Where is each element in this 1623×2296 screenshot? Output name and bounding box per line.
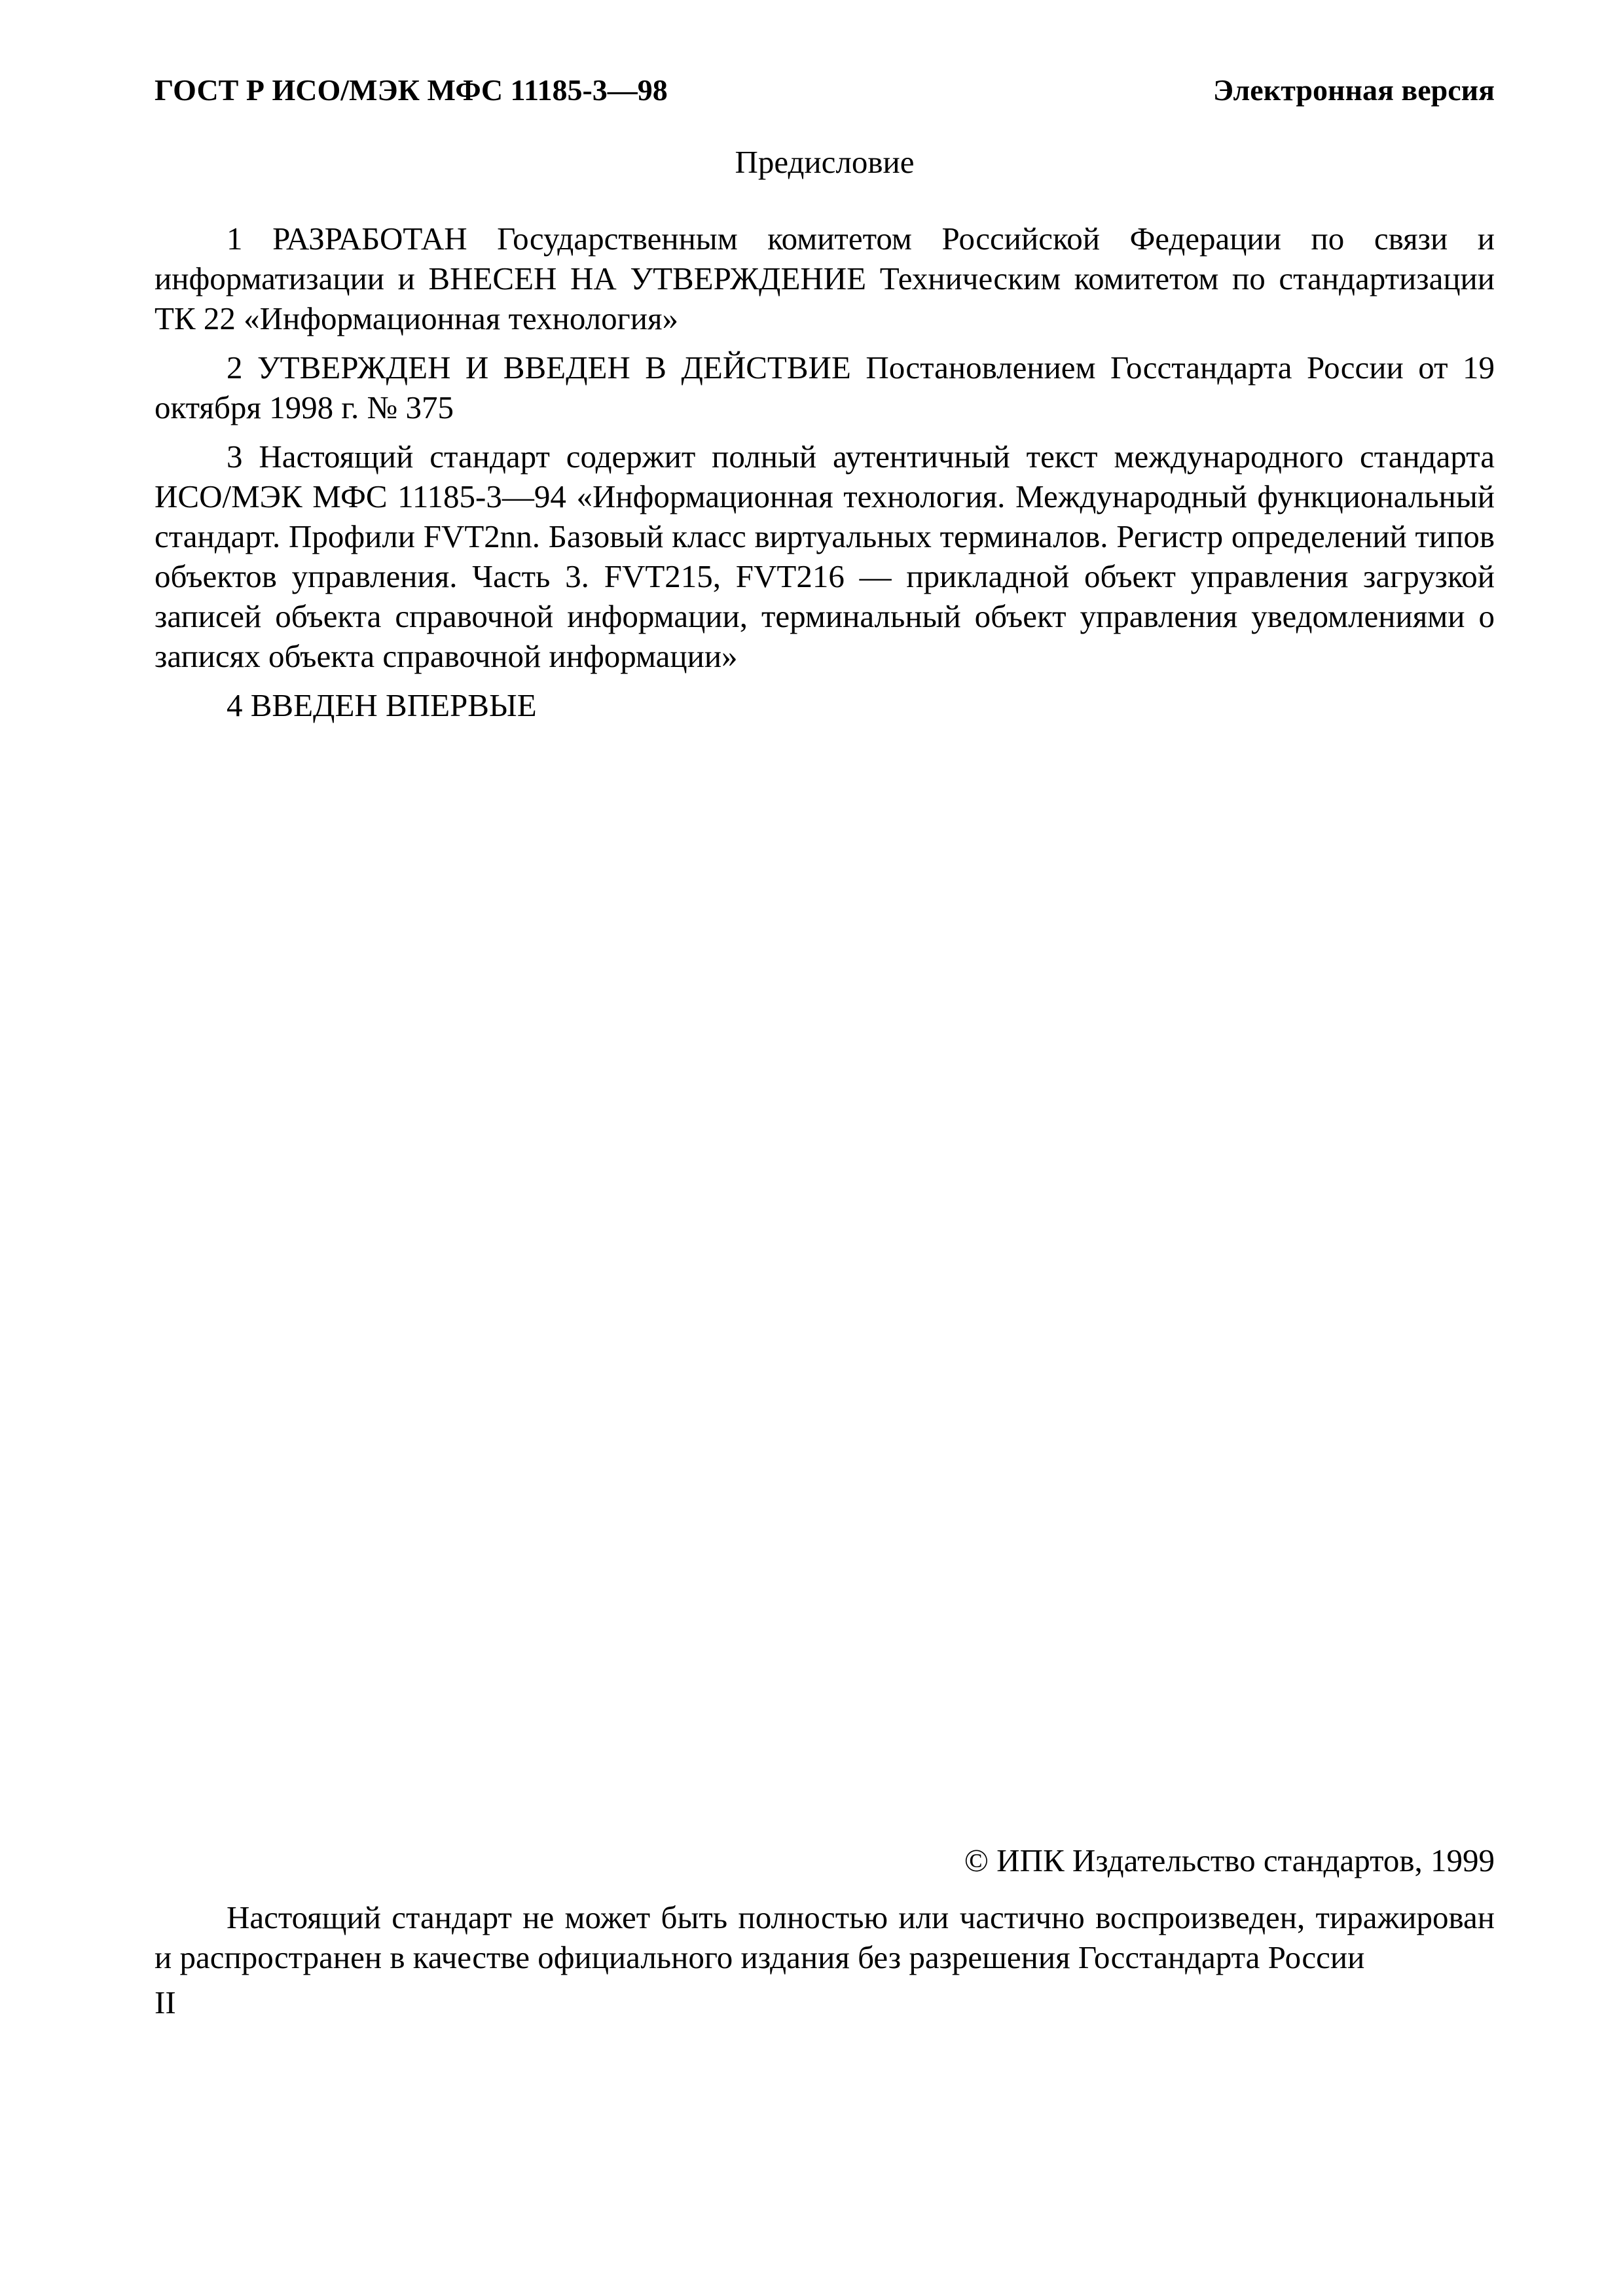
blank-space: [155, 734, 1495, 1840]
page-header: ГОСТ Р ИСО/МЭК МФС 11185-3—98 Электронна…: [155, 73, 1495, 108]
foreword-paragraph-1: 1 РАЗРАБОТАН Государственным комитетом Р…: [155, 219, 1495, 338]
edition-label: Электронная версия: [1213, 73, 1495, 108]
reproduction-notice: Настоящий стандарт не может быть полност…: [155, 1897, 1495, 1977]
copyright-line: © ИПК Издательство стандартов, 1999: [155, 1840, 1495, 1880]
foreword-paragraph-2: 2 УТВЕРЖДЕН И ВВЕДЕН В ДЕЙСТВИЕ Постанов…: [155, 348, 1495, 427]
document-page: ГОСТ Р ИСО/МЭК МФС 11185-3—98 Электронна…: [0, 0, 1623, 2296]
page-number: II: [155, 1982, 1495, 2022]
page-title: Предисловие: [155, 142, 1495, 182]
foreword-paragraph-4: 4 ВВЕДЕН ВПЕРВЫЕ: [155, 685, 1495, 725]
standard-designation: ГОСТ Р ИСО/МЭК МФС 11185-3—98: [155, 73, 668, 108]
foreword-paragraph-3: 3 Настоящий стандарт содержит полный аут…: [155, 437, 1495, 676]
